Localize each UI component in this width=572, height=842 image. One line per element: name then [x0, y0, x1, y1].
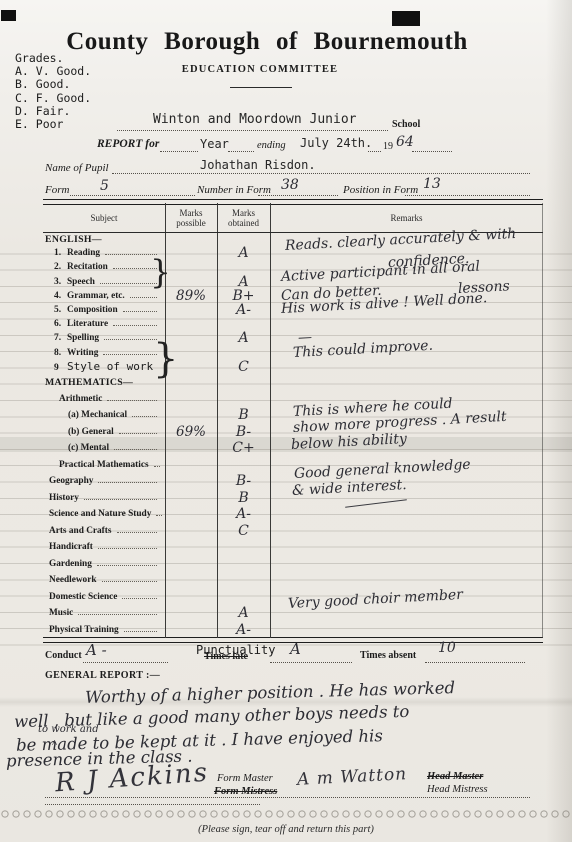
dot-leader: [119, 433, 157, 434]
year-prefix: 19: [383, 141, 393, 152]
table-row: 7.SpellingA: [43, 331, 543, 345]
general-report-heading: GENERAL REPORT :—: [45, 670, 160, 681]
perforation-line: [0, 810, 572, 818]
dot-leader: [154, 466, 160, 467]
form-mistress-label-struck: Form Mistress: [214, 786, 277, 797]
header-remarks: Remarks: [270, 213, 543, 223]
report-dots-4: [412, 151, 452, 152]
dot-leader: [114, 449, 157, 450]
footer-note: (Please sign, tear off and return this p…: [0, 824, 572, 835]
form-label: Form: [45, 184, 69, 196]
dot-leader: [113, 325, 157, 326]
dot-leader: [103, 354, 157, 355]
bracket-writing-style: }: [153, 336, 178, 382]
row-number: 4.: [54, 291, 67, 301]
dot-leader: [117, 532, 158, 533]
scan-artifact-left: [1, 10, 16, 21]
subject-label: Practical Mathematics: [59, 460, 149, 470]
row-number: 8.: [54, 348, 67, 358]
year-value: 64: [396, 134, 414, 150]
subtitle-rule: [230, 87, 292, 88]
dot-leader: [102, 581, 157, 582]
subject-label: Needlework: [49, 575, 97, 585]
table-row: Physical TrainingA-: [43, 621, 543, 638]
pupil-name: Johathan Risdon.: [200, 158, 316, 172]
marks-obtained-value: A: [217, 605, 270, 621]
subject-label: Physical Training: [49, 625, 119, 635]
table-row: 6.Literature: [43, 317, 543, 331]
marks-obtained-value: B: [217, 490, 270, 506]
table-row: Arts and CraftsC: [43, 522, 543, 539]
pupil-label: Name of Pupil: [45, 162, 109, 174]
marks-obtained-value: B-: [217, 473, 270, 489]
dot-leader: [78, 614, 157, 615]
subject-label: Recitation: [67, 262, 108, 272]
head-master-label-struck: Head Master: [427, 771, 483, 782]
dot-leader: [100, 283, 157, 284]
report-dots-1: [160, 151, 198, 152]
marks-possible-value: 89%: [165, 288, 217, 304]
punctuality-label: Punctuality: [196, 643, 275, 657]
dot-leader: [98, 548, 157, 549]
grades-key: Grades. A. V. Good. B. Good. C. F. Good.…: [15, 52, 91, 131]
subject-label: ENGLISH—: [45, 234, 102, 245]
subject-label: Reading: [67, 248, 100, 258]
subject-label: Science and Nature Study: [49, 509, 151, 519]
marks-possible-value: 69%: [165, 424, 217, 440]
report-date: July 24th.: [300, 136, 372, 150]
subject-label: History: [49, 493, 79, 503]
ending-label: ending: [257, 140, 286, 151]
table-row: 9Style of workC: [43, 360, 543, 374]
subject-label: MATHEMATICS—: [45, 377, 133, 388]
form-dots-2: [258, 195, 338, 196]
conduct-dots-2: [270, 662, 352, 663]
school-name: Winton and Moordown Junior: [153, 112, 357, 127]
form-master-label: Form Master: [217, 773, 273, 784]
marks-obtained-value: A: [217, 330, 270, 346]
bracket-recitation-speech: }: [150, 252, 171, 291]
header-marks-possible: Marks possible: [165, 208, 217, 228]
head-mistress-label: Head Mistress: [427, 784, 488, 795]
signature-dotted-line: [45, 797, 530, 798]
subject-label: (c) Mental: [68, 443, 109, 453]
header-subject: Subject: [43, 213, 165, 223]
dot-leader: [156, 515, 162, 516]
subject-label: Geography: [49, 476, 93, 486]
position-in-form-value: 13: [423, 176, 441, 192]
table-row: Handicraft: [43, 539, 543, 556]
dot-leader: [98, 482, 157, 483]
subject-label: (b) General: [68, 427, 114, 437]
pupil-dotted-line: [112, 173, 530, 174]
signature-dotted-line-2: [45, 804, 260, 805]
subject-label: Grammar, etc.: [67, 291, 125, 301]
report-card-page: County Borough of Bournemouth EDUCATION …: [0, 0, 572, 842]
table-row: Needlework: [43, 572, 543, 589]
row-number: 2.: [54, 262, 67, 272]
form-dots-3: [405, 195, 530, 196]
subject-label: (a) Mechanical: [68, 410, 127, 420]
dot-leader: [84, 499, 157, 500]
form-dots-1: [70, 195, 195, 196]
number-in-form-value: 38: [281, 177, 299, 193]
dot-leader: [123, 311, 157, 312]
marks-obtained-value: C: [217, 359, 270, 375]
subject-label: Handicraft: [49, 542, 93, 552]
subject-label: Arts and Crafts: [49, 526, 112, 536]
marks-obtained-value: A-: [217, 622, 270, 638]
marks-obtained-value: C+: [217, 440, 270, 456]
subject-label: Style of work: [67, 360, 153, 373]
conduct-dots-3: [425, 662, 525, 663]
table-row: Gardening: [43, 555, 543, 572]
table-row: Science and Nature StudyA-: [43, 506, 543, 523]
subject-label: Literature: [67, 319, 108, 329]
conduct-value: A -: [86, 641, 107, 659]
table-row: MATHEMATICS—: [43, 374, 543, 391]
dot-leader: [97, 565, 157, 566]
row-number: 7.: [54, 333, 67, 343]
row-number: 1.: [54, 248, 67, 258]
marks-obtained-value: B-: [217, 424, 270, 440]
scan-artifact-right: [392, 11, 420, 26]
subject-label: Gardening: [49, 559, 92, 569]
subject-label: Writing: [67, 348, 98, 358]
subject-label: Composition: [67, 305, 118, 315]
punctuality-value: A: [290, 640, 301, 658]
scan-shading-right: [546, 0, 572, 842]
general-report-insertion: to work and: [38, 724, 99, 735]
report-dots-3: [368, 151, 381, 152]
subject-label: Domestic Science: [49, 592, 117, 602]
header-marks-obtained: Marks obtained: [217, 208, 270, 228]
punctuality-field: Times late Punctuality: [196, 642, 296, 664]
grade-item-e: E. Poor: [15, 118, 91, 131]
report-period: Year: [200, 137, 229, 151]
grade-item-b: B. Good.: [15, 78, 91, 91]
dot-leader: [124, 631, 157, 632]
report-for-label: REPORT for: [97, 138, 159, 150]
report-dots-2: [228, 151, 254, 152]
row-number: 9: [54, 363, 67, 373]
subject-label: Music: [49, 608, 73, 618]
head-signature: A m Watton: [297, 764, 408, 790]
conduct-label: Conduct: [45, 650, 82, 661]
grade-item-c: C. F. Good.: [15, 92, 91, 105]
conduct-dots-1: [83, 662, 168, 663]
marks-obtained-value: B: [217, 407, 270, 423]
row-number: 6.: [54, 319, 67, 329]
row-number: 5.: [54, 305, 67, 315]
dot-leader: [122, 598, 157, 599]
marks-obtained-value: A: [217, 245, 270, 261]
times-absent-label: Times absent: [360, 650, 416, 661]
marks-obtained-value: A-: [217, 506, 270, 522]
school-dotted-line: [117, 130, 388, 131]
row-number: 3.: [54, 277, 67, 287]
school-label: School: [392, 119, 420, 130]
marks-obtained-value: C: [217, 523, 270, 539]
dot-leader: [132, 416, 157, 417]
dot-leader: [104, 339, 157, 340]
form-value: 5: [100, 178, 109, 194]
subject-label: Speech: [67, 277, 95, 287]
dot-leader: [107, 400, 157, 401]
subject-label: Arithmetic: [59, 394, 102, 404]
times-absent-value: 10: [438, 640, 456, 656]
marks-obtained-value: A-: [217, 302, 270, 318]
subject-label: Spelling: [67, 333, 99, 343]
dot-leader: [130, 297, 157, 298]
insertion-caret: ^: [52, 738, 57, 750]
